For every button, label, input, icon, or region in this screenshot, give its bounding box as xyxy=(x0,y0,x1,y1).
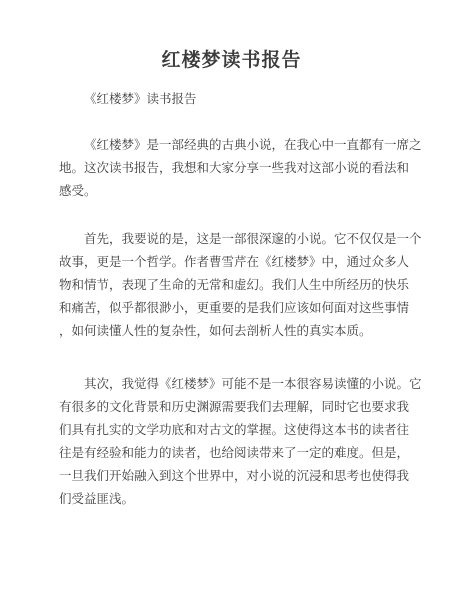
text-line: 其次，我觉得《红楼梦》可能不是一本很容易读懂的小说。它 xyxy=(59,373,463,396)
text-line: 物和情节，表现了生命的无常和虚幻。我们人生中所经历的快乐 xyxy=(59,274,463,297)
text-line: 和痛苦，似乎都很渺小，更重要的是我们应该如何面对这些事情 xyxy=(59,297,463,320)
text-line: ，如何读懂人性的复杂性，如何去剖析人性的真实本质。 xyxy=(59,320,463,343)
document-title: 红楼梦读书报告 xyxy=(59,48,404,74)
text-line: 地。这次读书报告，我想和大家分享一些我对这部小说的看法和 xyxy=(59,157,463,180)
text-line: 们受益匪浅。 xyxy=(59,488,463,511)
paragraph-first-point: 首先，我要说的是，这是一部很深邃的小说。它不仅仅是一个 故事，更是一个哲学。作者… xyxy=(59,228,463,343)
document-page: 红楼梦读书报告 《红楼梦》读书报告 《红楼梦》是一部经典的古典小说，在我心中一直… xyxy=(0,0,463,600)
text-line: 首先，我要说的是，这是一部很深邃的小说。它不仅仅是一个 xyxy=(59,228,463,251)
paragraph-second-point: 其次，我觉得《红楼梦》可能不是一本很容易读懂的小说。它 有很多的文化背景和历史渊… xyxy=(59,373,463,511)
text-line: 故事，更是一个哲学。作者曹雪芹在《红楼梦》中，通过众多人 xyxy=(59,251,463,274)
document-subtitle: 《红楼梦》读书报告 xyxy=(59,88,463,111)
text-line: 往是有经验和能力的读者，也给阅读带来了一定的难度。但是， xyxy=(59,442,463,465)
text-line: 感受。 xyxy=(59,180,463,203)
paragraph-intro: 《红楼梦》是一部经典的古典小说，在我心中一直都有一席之 地。这次读书报告，我想和… xyxy=(59,134,463,203)
text-line: 一旦我们开始融入到这个世界中，对小说的沉浸和思考也使得我 xyxy=(59,465,463,488)
text-line: 有很多的文化背景和历史渊源需要我们去理解，同时它也要求我 xyxy=(59,396,463,419)
text-line: 们具有扎实的文学功底和对古文的掌握。这使得这本书的读者往 xyxy=(59,419,463,442)
text-line: 《红楼梦》是一部经典的古典小说，在我心中一直都有一席之 xyxy=(59,134,463,157)
